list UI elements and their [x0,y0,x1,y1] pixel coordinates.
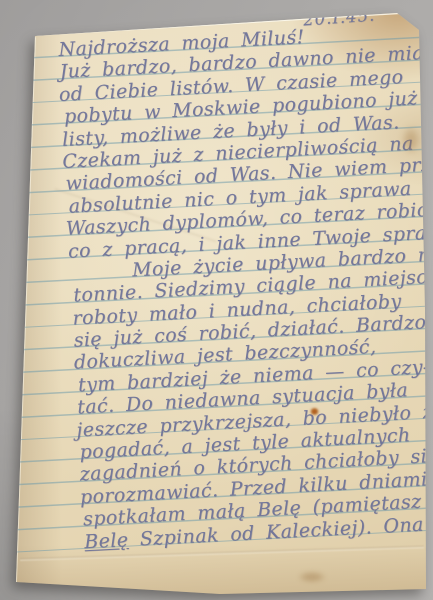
faint-stain [298,571,326,583]
rust-stain [310,408,319,415]
photo-background: Najdroższa moja Miluś! Już bardzo, bardz… [0,0,433,600]
letter-text: Najdroższa moja Miluś! Już bardzo, bardz… [58,17,433,553]
edge-smudge [402,126,420,154]
rust-stain [8,153,18,162]
rust-stain [10,195,21,205]
underlined-name: Belę [84,529,129,553]
paper-shadow-wrap: Najdroższa moja Miluś! Już bardzo, bardz… [0,0,433,600]
letter-paper: Najdroższa moja Miluś! Już bardzo, bardz… [0,0,433,600]
rust-stain [8,374,18,383]
sheet-content: Najdroższa moja Miluś! Już bardzo, bardz… [58,18,433,584]
